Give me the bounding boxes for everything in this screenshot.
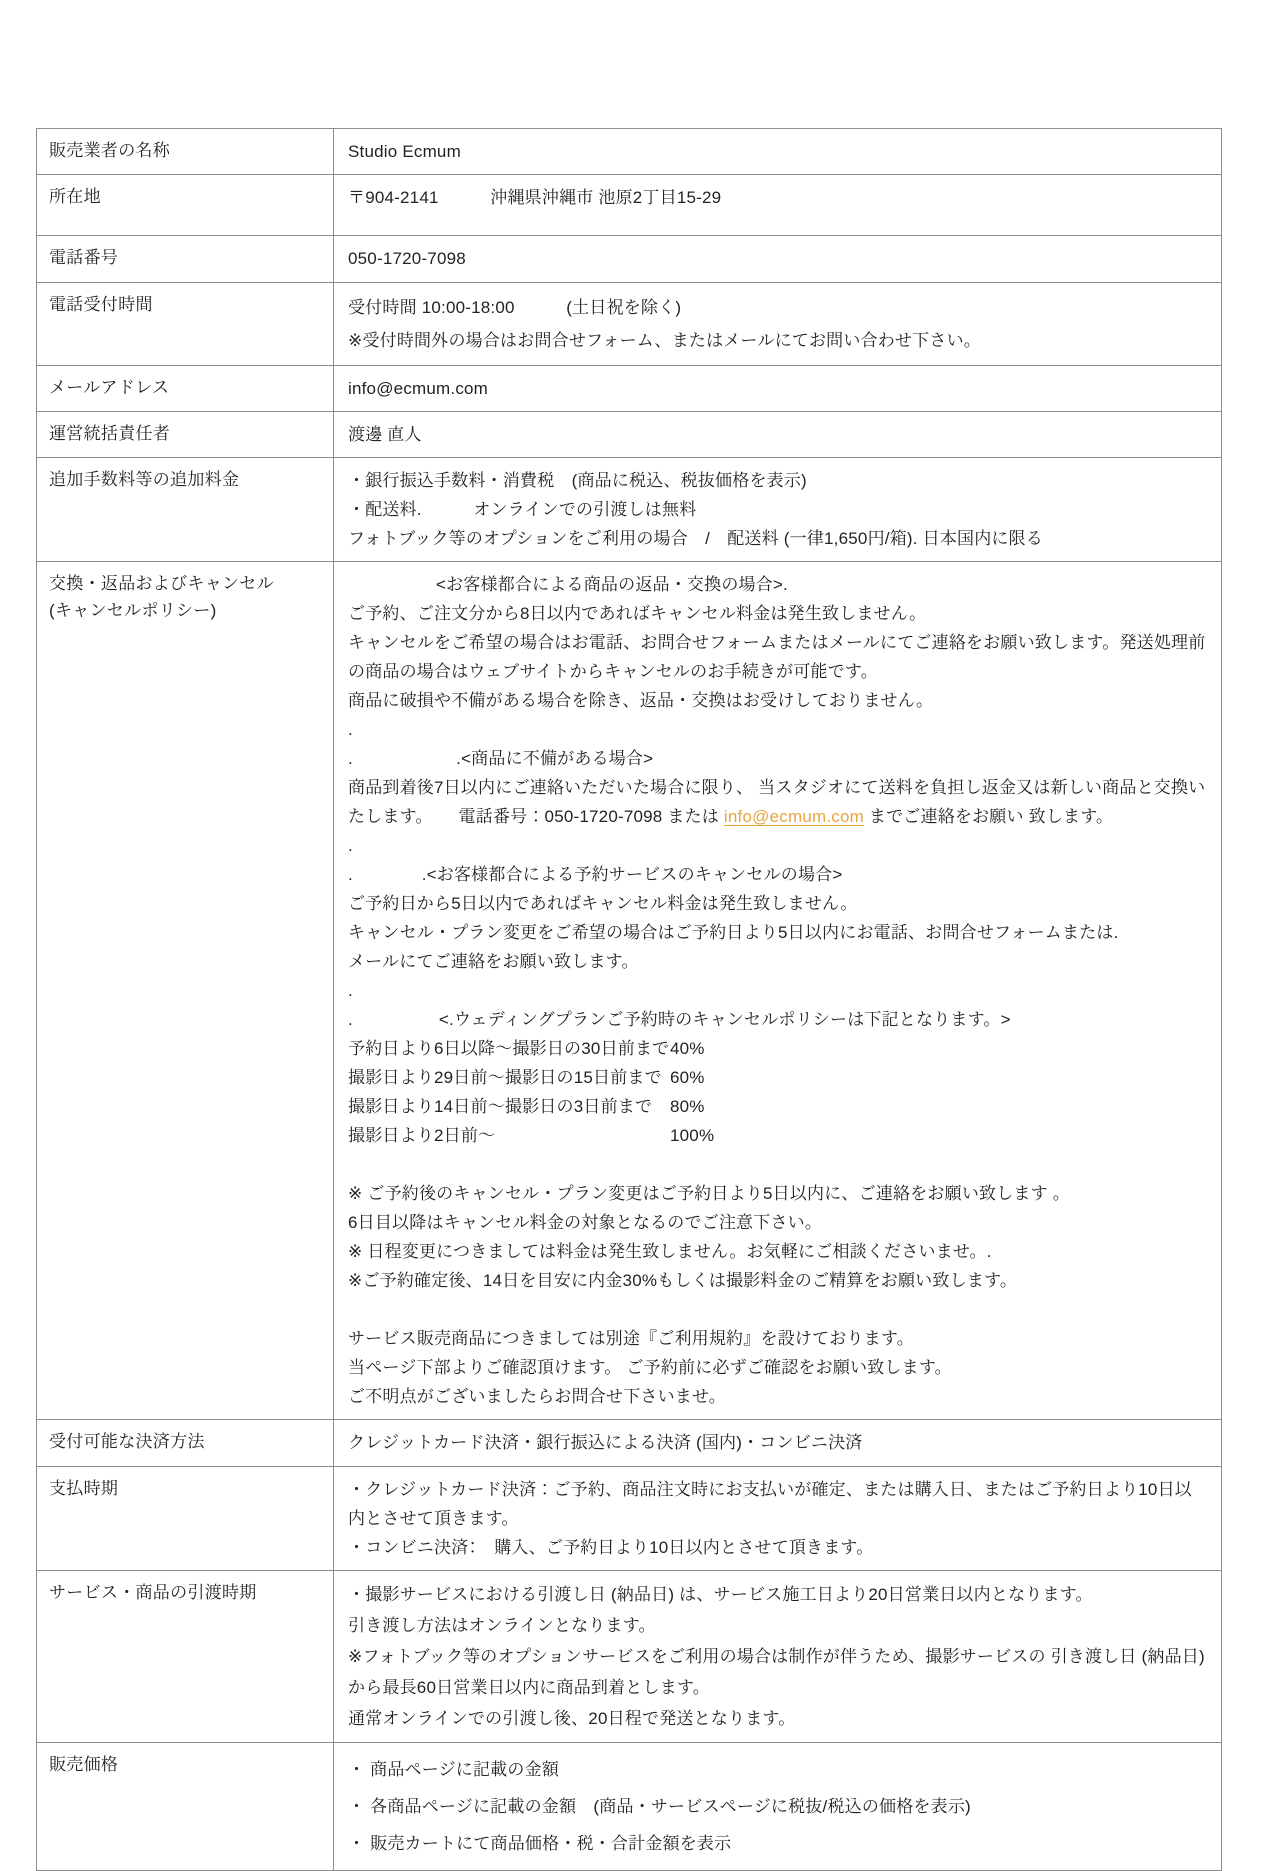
value-line: info@ecmum.com — [348, 374, 1207, 403]
table-row: サービス・商品の引渡時期・撮影サービスにおける引渡し日 (納品日) は、サービス… — [37, 1570, 1221, 1742]
value-line: ・コンビニ決済： 購入、ご予約日より10日以内とさせて頂きます。 — [348, 1533, 1207, 1562]
table-row: 販売価格・ 商品ページに記載の金額・ 各商品ページに記載の金額 (商品・サービス… — [37, 1742, 1221, 1870]
value-line: クレジットカード決済・銀行振込による決済 (国内)・コンビニ決済 — [348, 1428, 1207, 1457]
cancel-fee-period: 予約日より6日以降〜撮影日の30日前まで — [348, 1034, 670, 1063]
row-label: 販売価格 — [37, 1743, 334, 1870]
value-line: 当ページ下部よりご確認頂けます。 ご予約前に必ずご確認をお願い致します。 — [348, 1353, 1207, 1382]
value-line: ・ 各商品ページに記載の金額 (商品・サービスページに税抜/税込の価格を表示) — [348, 1788, 1207, 1825]
cancel-fee-line: 予約日より6日以降〜撮影日の30日前まで40% — [348, 1034, 1207, 1063]
row-label: 受付可能な決済方法 — [37, 1420, 334, 1466]
row-label-text: 所在地 — [49, 183, 321, 210]
table-row: 運営統括責任者渡邊 直人 — [37, 411, 1221, 457]
row-label-text: 電話受付時間 — [49, 291, 321, 318]
row-label-text: 支払時期 — [49, 1475, 321, 1502]
value-line: ・撮影サービスにおける引渡し日 (納品日) は、サービス施工日より20日営業日以… — [348, 1579, 1207, 1610]
row-label-text: 追加手数料等の追加料金 — [49, 466, 321, 493]
row-label-text: 受付可能な決済方法 — [49, 1428, 321, 1455]
cancel-fee-line: 撮影日より29日前〜撮影日の15日前まで60% — [348, 1063, 1207, 1092]
value-line: ※ご予約確定後、14日を目安に内金30%もしくは撮影料金のご精算をお願い致します… — [348, 1266, 1207, 1295]
value-line: キャンセル・プラン変更をご希望の場合はご予約日より5日以内にお電話、お問合せフォ… — [348, 918, 1207, 947]
value-line: メールにてご連絡をお願い致します。 — [348, 947, 1207, 976]
table-row: 電話番号050-1720-7098 — [37, 235, 1221, 282]
value-line: . — [348, 831, 1207, 860]
row-value: ・クレジットカード決済：ご予約、商品注文時にお支払いが確定、または購入日、または… — [334, 1467, 1221, 1570]
value-blank-line — [348, 1295, 1207, 1324]
disclosure-table: 販売業者の名称Studio Ecmum所在地〒904-2141 沖縄県沖縄市 池… — [36, 128, 1222, 1871]
cancel-fee-rate: 60% — [670, 1063, 705, 1092]
row-label-text: 交換・返品およびキャンセル — [49, 570, 321, 597]
table-row: 受付可能な決済方法クレジットカード決済・銀行振込による決済 (国内)・コンビニ決… — [37, 1419, 1221, 1466]
row-label: メールアドレス — [37, 366, 334, 411]
value-line: ※ 日程変更につきましては料金は発生致しません。お気軽にご相談くださいませ。. — [348, 1237, 1207, 1266]
value-line: <お客様都合による商品の返品・交換の場合>. — [348, 570, 1207, 599]
row-value: Studio Ecmum — [334, 129, 1221, 174]
value-line: ※ ご予約後のキャンセル・プラン変更はご予約日より5日以内に、ご連絡をお願い致し… — [348, 1179, 1207, 1208]
row-value: 受付時間 10:00-18:00 (土日祝を除く)※受付時間外の場合はお問合せフ… — [334, 283, 1221, 365]
cancel-fee-rate: 80% — [670, 1092, 705, 1121]
email-link[interactable]: info@ecmum.com — [724, 807, 864, 826]
row-label-text: 販売価格 — [49, 1751, 321, 1778]
row-value: 渡邊 直人 — [334, 412, 1221, 457]
value-line: 引き渡し方法はオンラインとなります。 — [348, 1610, 1207, 1641]
cancel-fee-period: 撮影日より14日前〜撮影日の3日前まで — [348, 1092, 670, 1121]
table-row: 電話受付時間受付時間 10:00-18:00 (土日祝を除く)※受付時間外の場合… — [37, 282, 1221, 365]
value-line: フォトブック等のオプションをご利用の場合 / 配送料 (一律1,650円/箱).… — [348, 524, 1207, 553]
value-line: キャンセルをご希望の場合はお電話、お問合せフォームまたはメールにてご連絡をお願い… — [348, 628, 1207, 686]
row-label-text: 運営統括責任者 — [49, 420, 321, 447]
value-line: 商品に破損や不備がある場合を除き、返品・交換はお受けしておりません。 — [348, 686, 1207, 715]
value-line: ご不明点がございましたらお問合せ下さいませ。 — [348, 1382, 1207, 1411]
row-label: 交換・返品およびキャンセル(キャンセルポリシー) — [37, 562, 334, 1419]
row-value: info@ecmum.com — [334, 366, 1221, 411]
value-line: 通常オンラインでの引渡し後、20日程で発送となります。 — [348, 1703, 1207, 1734]
value-line: ・ 商品ページに記載の金額 — [348, 1751, 1207, 1788]
value-line: 6日目以降はキャンセル料金の対象となるのでご注意下さい。 — [348, 1208, 1207, 1237]
value-line: ・クレジットカード決済：ご予約、商品注文時にお支払いが確定、または購入日、または… — [348, 1475, 1207, 1533]
value-line: 050-1720-7098 — [348, 244, 1207, 273]
row-label-text: 販売業者の名称 — [49, 137, 321, 164]
value-line: . .<お客様都合による予約サービスのキャンセルの場合> — [348, 860, 1207, 889]
table-row: 交換・返品およびキャンセル(キャンセルポリシー)<お客様都合による商品の返品・交… — [37, 561, 1221, 1419]
table-row: 追加手数料等の追加料金・銀行振込手数料・消費税 (商品に税込、税抜価格を表示)・… — [37, 457, 1221, 561]
row-label: 電話番号 — [37, 236, 334, 282]
cancel-fee-period: 撮影日より2日前〜 — [348, 1121, 670, 1150]
row-label: 電話受付時間 — [37, 283, 334, 365]
row-label-text: 電話番号 — [49, 244, 321, 271]
value-line: . — [348, 715, 1207, 744]
value-line: ・配送料. オンラインでの引渡しは無料 — [348, 495, 1207, 524]
cancel-fee-rate: 40% — [670, 1034, 705, 1063]
value-line: . — [348, 976, 1207, 1005]
row-value: 050-1720-7098 — [334, 236, 1221, 282]
value-line: Studio Ecmum — [348, 137, 1207, 166]
value-line: ご予約日から5日以内であればキャンセル料金は発生致しません。 — [348, 889, 1207, 918]
value-line: ※受付時間外の場合はお問合せフォーム、またはメールにてお問い合わせ下さい。 — [348, 324, 1207, 357]
row-label-text: (キャンセルポリシー) — [49, 597, 321, 624]
value-line: ・銀行振込手数料・消費税 (商品に税込、税抜価格を表示) — [348, 466, 1207, 495]
row-value: ・撮影サービスにおける引渡し日 (納品日) は、サービス施工日より20日営業日以… — [334, 1571, 1221, 1742]
row-value: クレジットカード決済・銀行振込による決済 (国内)・コンビニ決済 — [334, 1420, 1221, 1466]
table-row: 支払時期・クレジットカード決済：ご予約、商品注文時にお支払いが確定、または購入日… — [37, 1466, 1221, 1570]
row-label: 販売業者の名称 — [37, 129, 334, 174]
row-label: 所在地 — [37, 175, 334, 235]
value-line: ご予約、ご注文分から8日以内であればキャンセル料金は発生致しません。 — [348, 599, 1207, 628]
row-label: サービス・商品の引渡時期 — [37, 1571, 334, 1742]
row-value: ・ 商品ページに記載の金額・ 各商品ページに記載の金額 (商品・サービスページに… — [334, 1743, 1221, 1870]
value-line: サービス販売商品につきましては別途『ご利用規約』を設けております。 — [348, 1324, 1207, 1353]
cancel-fee-period: 撮影日より29日前〜撮影日の15日前まで — [348, 1063, 670, 1092]
value-line: ※フォトブック等のオプションサービスをご利用の場合は制作が伴うため、撮影サービス… — [348, 1641, 1207, 1703]
row-value: <お客様都合による商品の返品・交換の場合>.ご予約、ご注文分から8日以内であれば… — [334, 562, 1221, 1419]
table-row: 販売業者の名称Studio Ecmum — [37, 129, 1221, 174]
row-label: 支払時期 — [37, 1467, 334, 1570]
row-value: 〒904-2141 沖縄県沖縄市 池原2丁目15-29 — [334, 175, 1221, 235]
value-line: . .<商品に不備がある場合> — [348, 744, 1207, 773]
row-label: 運営統括責任者 — [37, 412, 334, 457]
row-label-text: メールアドレス — [49, 374, 321, 401]
value-blank-line — [348, 1150, 1207, 1179]
cancel-fee-rate: 100% — [670, 1121, 714, 1150]
row-label: 追加手数料等の追加料金 — [37, 458, 334, 561]
row-label-text: サービス・商品の引渡時期 — [49, 1579, 321, 1606]
value-line: 商品到着後7日以内にご連絡いただいた場合に限り、 当スタジオにて送料を負担し返金… — [348, 773, 1207, 831]
value-line: . <.ウェディングプランご予約時のキャンセルポリシーは下記となります。> — [348, 1005, 1207, 1034]
row-value: ・銀行振込手数料・消費税 (商品に税込、税抜価格を表示)・配送料. オンラインで… — [334, 458, 1221, 561]
value-line: 受付時間 10:00-18:00 (土日祝を除く) — [348, 291, 1207, 324]
cancel-fee-line: 撮影日より14日前〜撮影日の3日前まで80% — [348, 1092, 1207, 1121]
table-row: メールアドレスinfo@ecmum.com — [37, 365, 1221, 411]
table-row: 所在地〒904-2141 沖縄県沖縄市 池原2丁目15-29 — [37, 174, 1221, 235]
value-line: 〒904-2141 沖縄県沖縄市 池原2丁目15-29 — [348, 183, 1207, 212]
cancel-fee-line: 撮影日より2日前〜100% — [348, 1121, 1207, 1150]
value-line: ・ 販売カートにて商品価格・税・合計金額を表示 — [348, 1825, 1207, 1862]
value-line: 渡邊 直人 — [348, 420, 1207, 449]
